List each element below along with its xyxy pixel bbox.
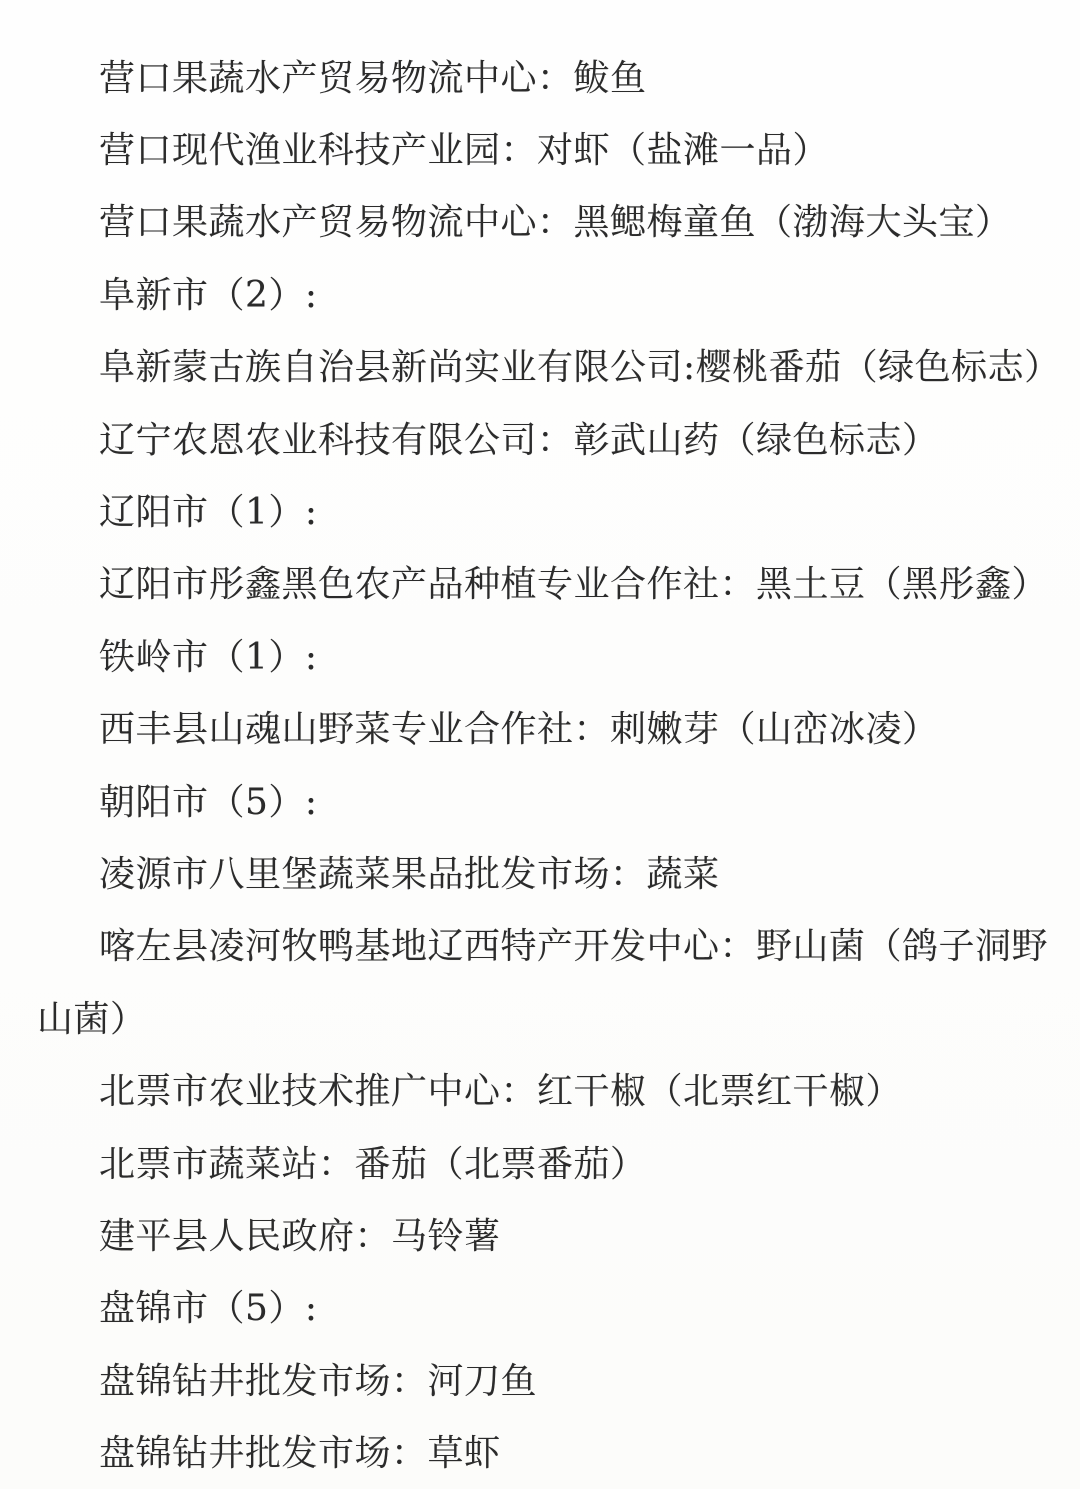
document-line: 辽阳市彤鑫黑色农产品种植专业合作社：黑土豆（黑彤鑫） bbox=[37, 546, 1040, 618]
document-line: 营口果蔬水产贸易物流中心：鲅鱼 bbox=[37, 39, 1040, 111]
document-page: 营口果蔬水产贸易物流中心：鲅鱼营口现代渔业科技产业园：对虾（盐滩一品）营口果蔬水… bbox=[0, 0, 1080, 1489]
document-line: 辽宁农恩农业科技有限公司：彰武山药（绿色标志） bbox=[37, 401, 1040, 473]
document-line: 铁岭市（1）: bbox=[37, 618, 1040, 690]
document-line: 朝阳市（5）: bbox=[37, 763, 1040, 835]
document-line: 营口果蔬水产贸易物流中心：黑鳃梅童鱼（渤海大头宝） bbox=[37, 184, 1040, 256]
document-line: 凌源市八里堡蔬菜果品批发市场：蔬菜 bbox=[37, 835, 1040, 907]
document-line: 营口现代渔业科技产业园：对虾（盐滩一品） bbox=[37, 111, 1040, 183]
document-line: 盘锦钻井批发市场：河刀鱼 bbox=[37, 1342, 1040, 1414]
document-line: 盘锦钻井批发市场：草虾 bbox=[37, 1414, 1040, 1486]
document-body: 营口果蔬水产贸易物流中心：鲅鱼营口现代渔业科技产业园：对虾（盐滩一品）营口果蔬水… bbox=[0, 0, 1080, 1487]
document-line: 阜新市（2）: bbox=[37, 256, 1040, 328]
document-line: 北票市农业技术推广中心：红干椒（北票红干椒） bbox=[37, 1052, 1040, 1124]
document-line: 喀左县凌河牧鸭基地辽西特产开发中心：野山菌（鸽子洞野 bbox=[37, 908, 1040, 980]
document-line: 阜新蒙古族自治县新尚实业有限公司:樱桃番茄（绿色标志） bbox=[37, 329, 1040, 401]
document-line: 西丰县山魂山野菜专业合作社：刺嫩芽（山峦冰凌） bbox=[37, 691, 1040, 763]
document-line: 盘锦市（5）: bbox=[37, 1270, 1040, 1342]
document-line: 山菌） bbox=[37, 980, 1040, 1052]
document-line: 北票市蔬菜站：番茄（北票番茄） bbox=[37, 1125, 1040, 1197]
document-line: 建平县人民政府：马铃薯 bbox=[37, 1197, 1040, 1269]
document-line: 辽阳市（1）: bbox=[37, 473, 1040, 545]
